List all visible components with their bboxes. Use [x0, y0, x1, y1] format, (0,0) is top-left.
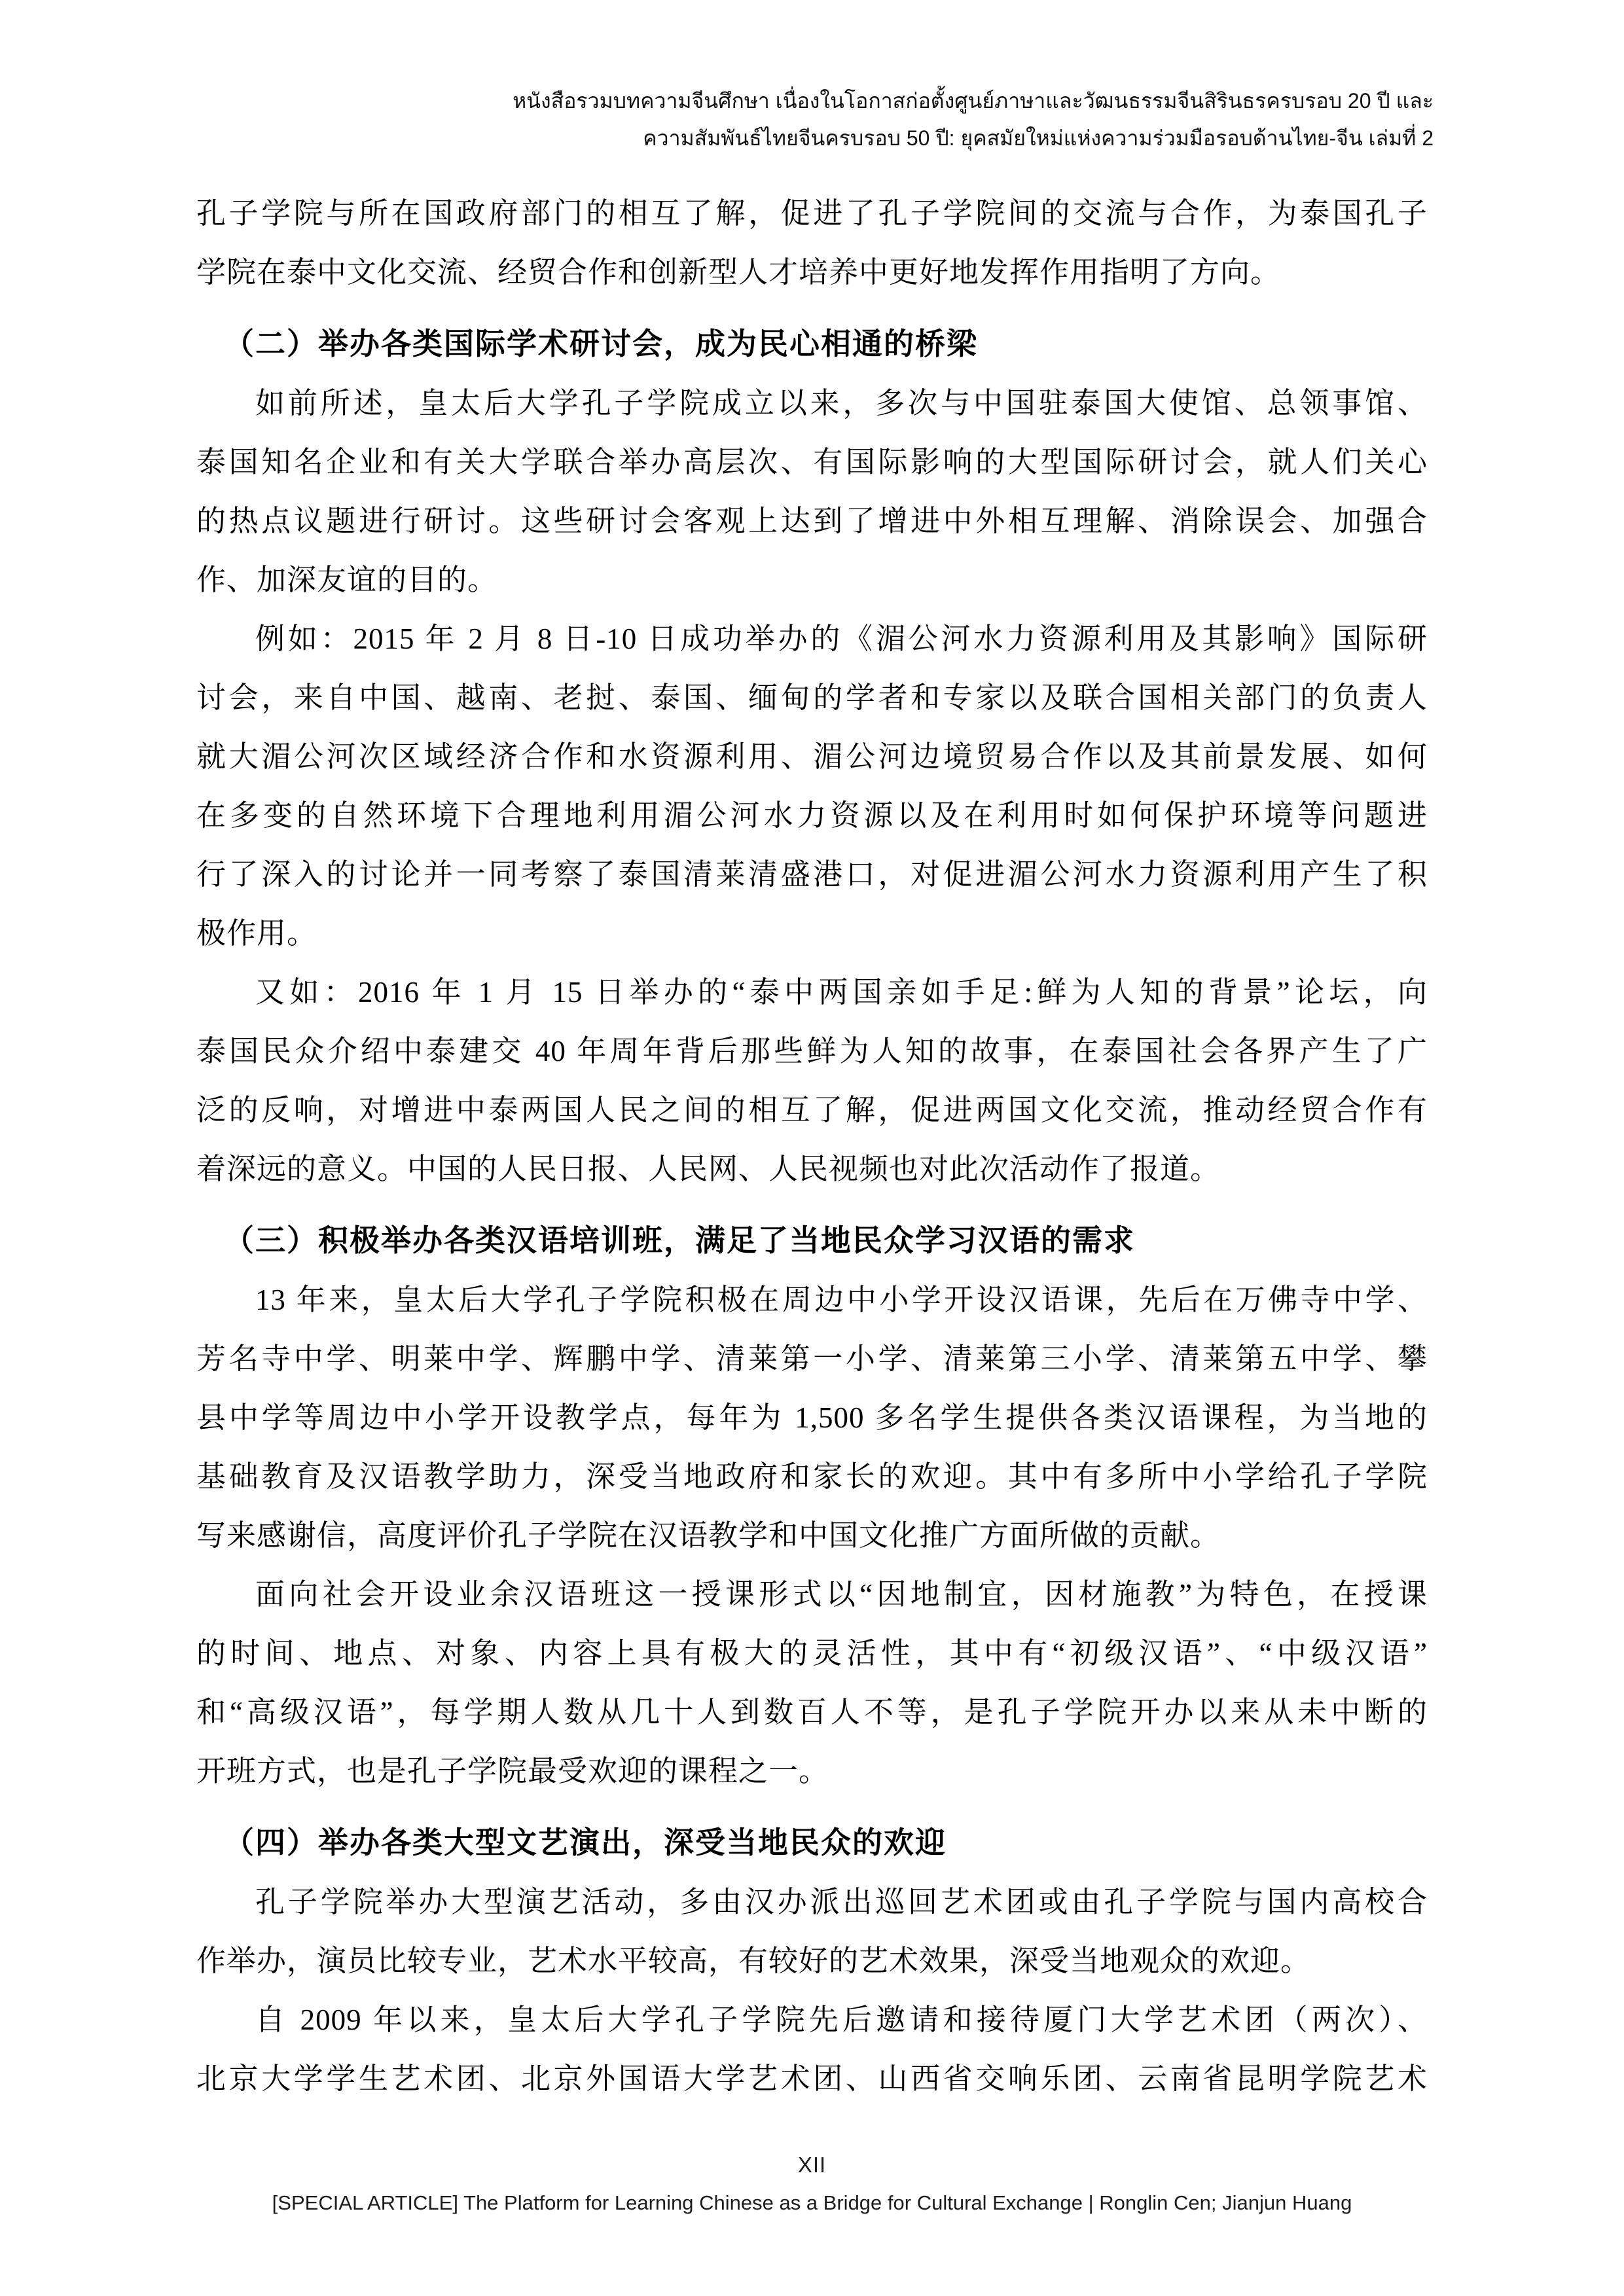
body-line: 例如：2015 年 2 月 8 日-10 日成功举办的《湄公河水力资源利用及其影…: [196, 609, 1428, 668]
body-line: 学院在泰中文化交流、经贸合作和创新型人才培养中更好地发挥作用指明了方向。: [196, 243, 1428, 302]
body-line: 如前所述，皇太后大学孔子学院成立以来，多次与中国驻泰国大使馆、总领事馆、: [196, 374, 1428, 433]
body-line: 就大湄公河次区域经济合作和水资源利用、湄公河边境贸易合作以及其前景发展、如何: [196, 727, 1428, 786]
document-body: 孔子学院与所在国政府部门的相互了解，促进了孔子学院间的交流与合作，为泰国孔子学院…: [196, 184, 1428, 2108]
body-line: 自 2009 年以来，皇太后大学孔子学院先后邀请和接待厦门大学艺术团（两次）、: [196, 1990, 1428, 2049]
document-page: หนังสือรวมบทความจีนศึกษา เนื่องในโอกาสก่…: [0, 0, 1624, 2296]
body-line: 写来感谢信，高度评价孔子学院在汉语教学和中国文化推广方面所做的贡献。: [196, 1506, 1428, 1565]
body-line: 基础教育及汉语教学助力，深受当地政府和家长的欢迎。其中有多所中小学给孔子学院: [196, 1447, 1428, 1506]
body-line: 极作用。: [196, 904, 1428, 963]
body-line: 北京大学学生艺术团、北京外国语大学艺术团、山西省交响乐团、云南省昆明学院艺术: [196, 2049, 1428, 2108]
body-line: 泰国民众介绍中泰建交 40 年周年背后那些鲜为人知的故事，在泰国社会各界产生了广: [196, 1022, 1428, 1081]
body-line: 的热点议题进行研讨。这些研讨会客观上达到了增进中外相互理解、消除误会、加强合: [196, 492, 1428, 550]
body-line: 在多变的自然环境下合理地利用湄公河水力资源以及在利用时如何保护环境等问题进: [196, 786, 1428, 845]
body-line: 泛的反响，对增进中泰两国人民之间的相互了解，促进两国文化交流，推动经贸合作有: [196, 1081, 1428, 1139]
body-line: 县中学等周边中小学开设教学点，每年为 1,500 多名学生提供各类汉语课程，为当…: [196, 1388, 1428, 1447]
page-footer: XII [SPECIAL ARTICLE] The Platform for L…: [196, 2152, 1428, 2216]
body-line: 的时间、地点、对象、内容上具有极大的灵活性，其中有“初级汉语”、“中级汉语”: [196, 1624, 1428, 1683]
body-line: 面向社会开设业余汉语班这一授课形式以“因地制宜，因材施教”为特色，在授课: [196, 1565, 1428, 1624]
body-line: 又如：2016 年 1 月 15 日举办的“泰中两国亲如手足:鲜为人知的背景”论…: [196, 963, 1428, 1022]
page-number: XII: [196, 2152, 1428, 2178]
body-line: 开班方式，也是孔子学院最受欢迎的课程之一。: [196, 1742, 1428, 1801]
section-heading: （三）积极举办各类汉语培训班，满足了当地民众学习汉语的需求: [196, 1211, 1428, 1270]
page-header-thai: หนังสือรวมบทความจีนศึกษา เนื่องในโอกาสก่…: [190, 82, 1434, 157]
body-line: 和“高级汉语”，每学期人数从几十人到数百人不等，是孔子学院开办以来从未中断的: [196, 1683, 1428, 1742]
footer-credit: [SPECIAL ARTICLE] The Platform for Learn…: [196, 2190, 1428, 2216]
section-heading: （二）举办各类国际学术研讨会，成为民心相通的桥梁: [196, 315, 1428, 374]
body-line: 行了深入的讨论并一同考察了泰国清莱清盛港口，对促进湄公河水力资源利用产生了积: [196, 845, 1428, 904]
body-line: 芳名寺中学、明莱中学、辉鹏中学、清莱第一小学、清莱第三小学、清莱第五中学、攀: [196, 1329, 1428, 1388]
body-line: 作举办，演员比较专业，艺术水平较高，有较好的艺术效果，深受当地观众的欢迎。: [196, 1931, 1428, 1990]
body-line: 13 年来，皇太后大学孔子学院积极在周边中小学开设汉语课，先后在万佛寺中学、: [196, 1270, 1428, 1329]
section-heading: （四）举办各类大型文艺演出，深受当地民众的欢迎: [196, 1814, 1428, 1873]
body-line: 着深远的意义。中国的人民日报、人民网、人民视频也对此次活动作了报道。: [196, 1139, 1428, 1198]
body-line: 讨会，来自中国、越南、老挝、泰国、缅甸的学者和专家以及联合国相关部门的负责人: [196, 668, 1428, 727]
header-line-2: ความสัมพันธ์ไทยจีนครบรอบ 50 ปี: ยุคสมัยใ…: [190, 120, 1434, 157]
body-line: 作、加深友谊的目的。: [196, 550, 1428, 609]
body-line: 孔子学院举办大型演艺活动，多由汉办派出巡回艺术团或由孔子学院与国内高校合: [196, 1873, 1428, 1931]
body-line: 孔子学院与所在国政府部门的相互了解，促进了孔子学院间的交流与合作，为泰国孔子: [196, 184, 1428, 243]
body-line: 泰国知名企业和有关大学联合举办高层次、有国际影响的大型国际研讨会，就人们关心: [196, 433, 1428, 492]
header-line-1: หนังสือรวมบทความจีนศึกษา เนื่องในโอกาสก่…: [190, 82, 1434, 120]
